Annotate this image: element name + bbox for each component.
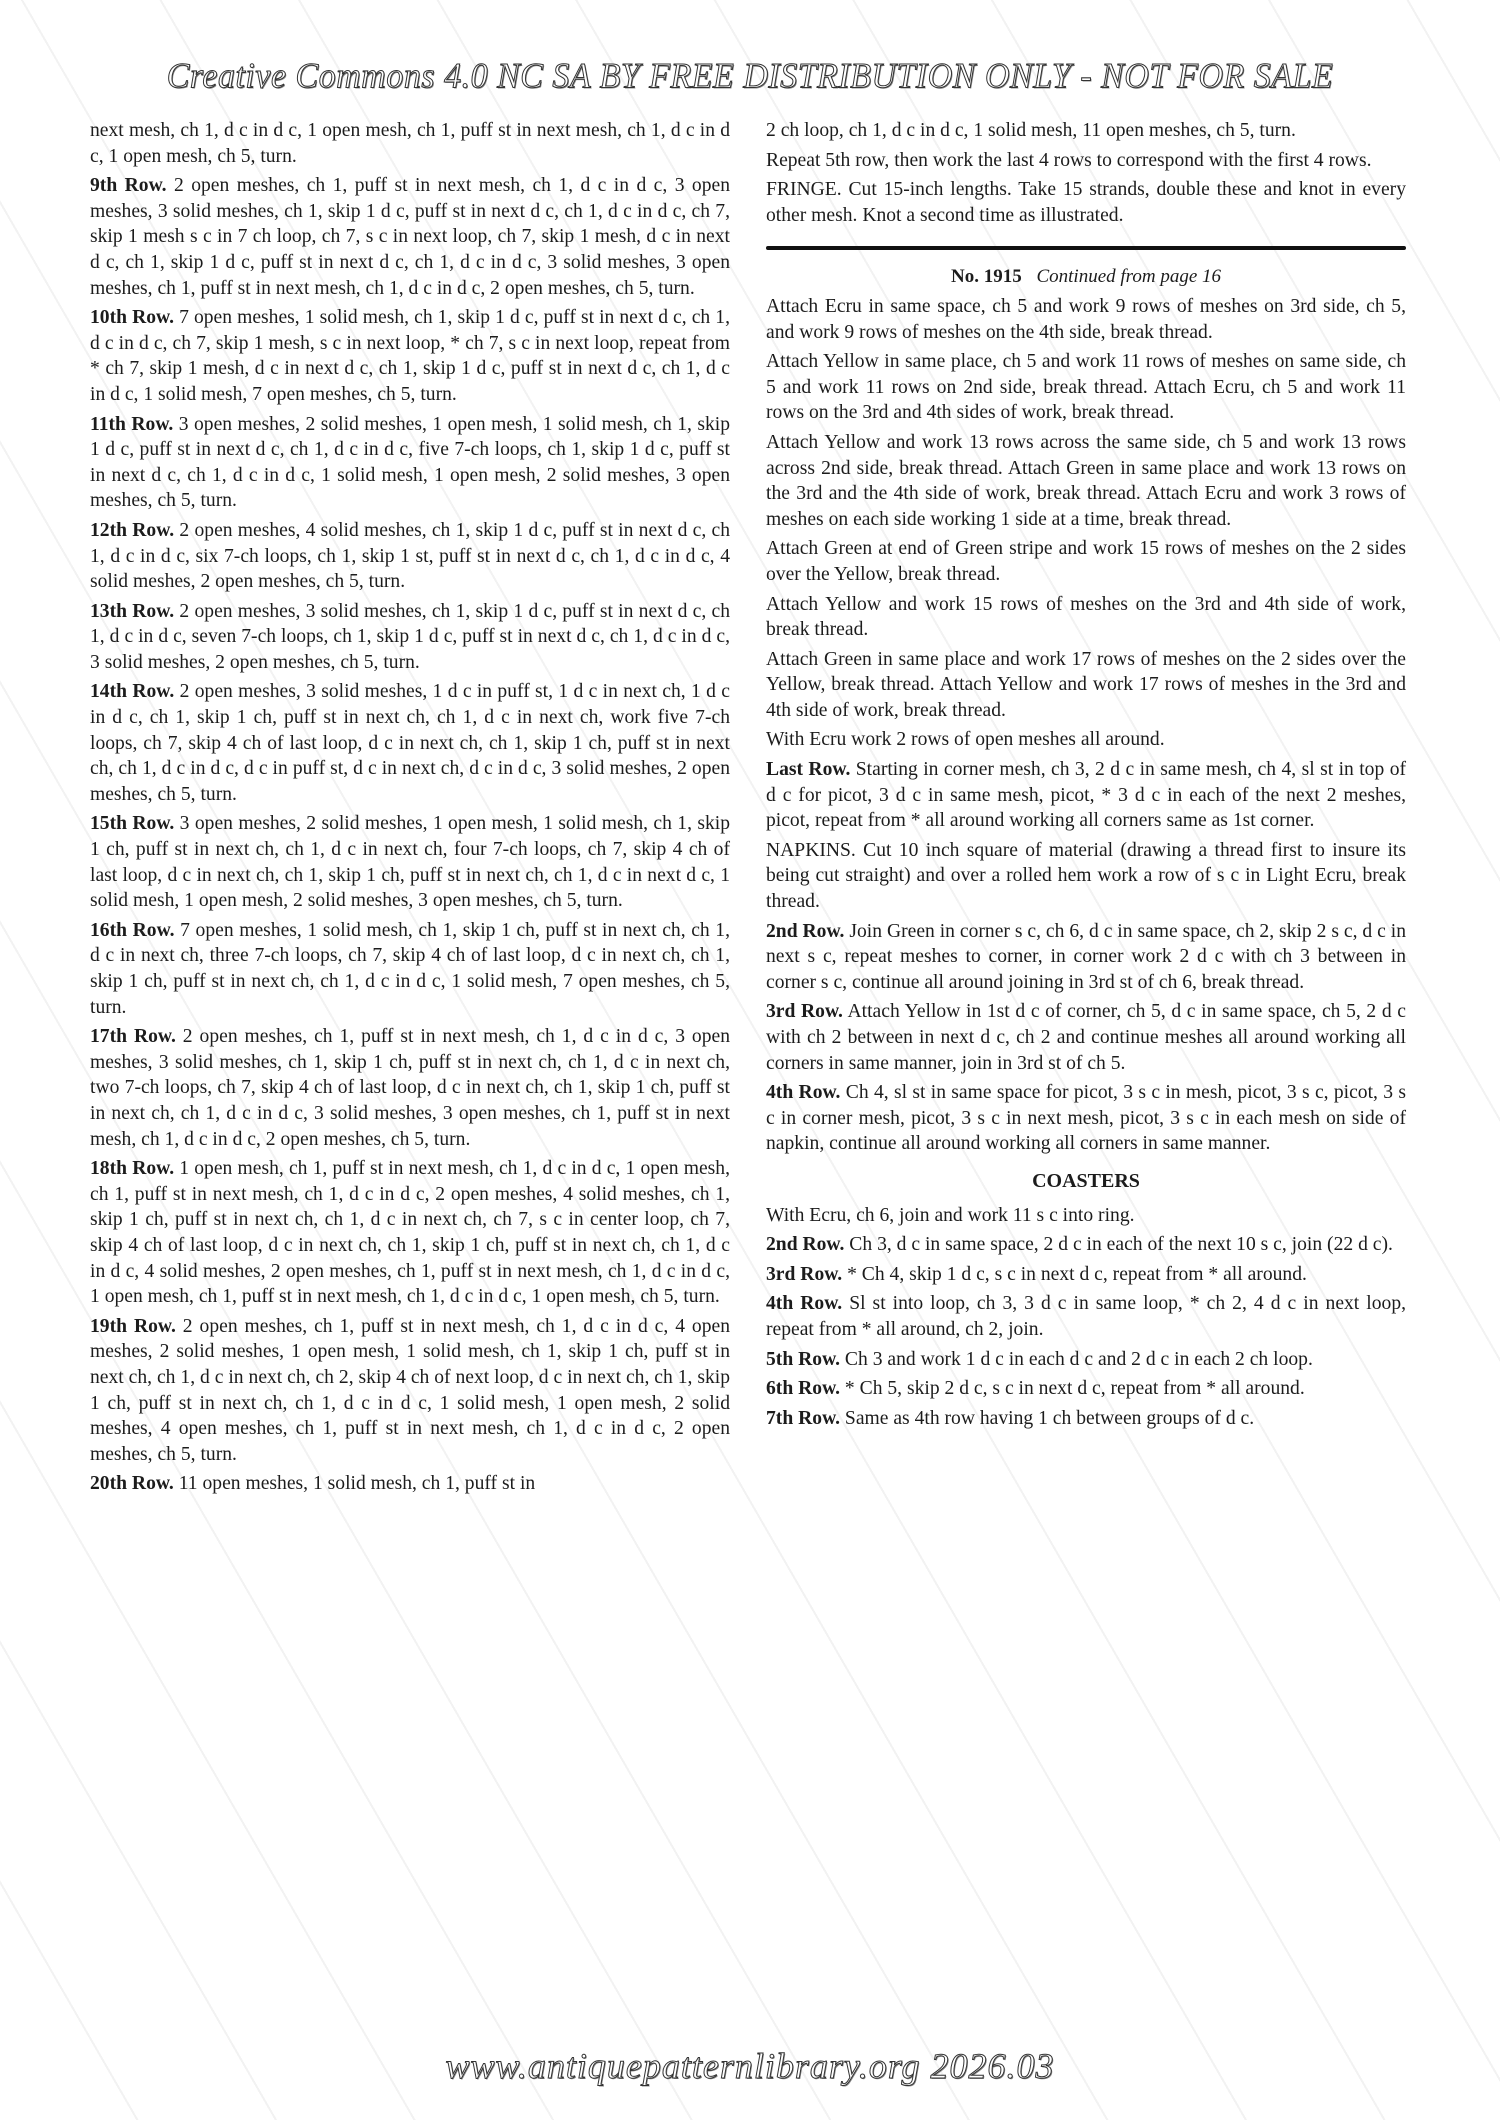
fringe-instructions: FRINGE. Cut 15-inch lengths. Take 15 str… (766, 177, 1406, 228)
row-label: 4th Row. (766, 1082, 840, 1103)
napkins-row-2: 2nd Row. Join Green in corner s c, ch 6,… (766, 919, 1406, 996)
coasters-row-1: With Ecru, ch 6, join and work 11 s c in… (766, 1203, 1406, 1229)
row-label: 4th Row. (766, 1293, 842, 1314)
row-label: 19th Row. (90, 1316, 176, 1337)
row-12-instructions: 12th Row. 2 open meshes, 4 solid meshes,… (90, 518, 730, 595)
green-15-instructions: Attach Green at end of Green stripe and … (766, 536, 1406, 587)
yellow-15-instructions: Attach Yellow and work 15 rows of meshes… (766, 592, 1406, 643)
row-label: 13th Row. (90, 601, 174, 622)
row-label: 12th Row. (90, 520, 174, 541)
section-divider (766, 246, 1406, 250)
row-label: 20th Row. (90, 1473, 174, 1494)
coasters-row-5: 5th Row. Ch 3 and work 1 d c in each d c… (766, 1347, 1406, 1373)
row-label: 14th Row. (90, 681, 174, 702)
yellow-11-instructions: Attach Yellow in same place, ch 5 and wo… (766, 349, 1406, 426)
row-14-instructions: 14th Row. 2 open meshes, 3 solid meshes,… (90, 679, 730, 807)
paragraph-continuation: next mesh, ch 1, d c in d c, 1 open mesh… (90, 118, 730, 169)
row-label: 18th Row. (90, 1158, 174, 1179)
license-banner: Creative Commons 4.0 NC SA BY FREE DISTR… (0, 57, 1500, 97)
coasters-row-3: 3rd Row. * Ch 4, skip 1 d c, s c in next… (766, 1262, 1406, 1288)
row-label: Last Row. (766, 759, 850, 780)
row-label: 16th Row. (90, 920, 175, 941)
row-label: 5th Row. (766, 1349, 840, 1370)
row-11-instructions: 11th Row. 3 open meshes, 2 solid meshes,… (90, 412, 730, 514)
napkins-row-4: 4th Row. Ch 4, sl st in same space for p… (766, 1080, 1406, 1157)
row-10-instructions: 10th Row. 7 open meshes, 1 solid mesh, c… (90, 305, 730, 407)
row-20-instructions: 20th Row. 11 open meshes, 1 solid mesh, … (90, 1471, 730, 1497)
green-17-instructions: Attach Green in same place and work 17 r… (766, 647, 1406, 724)
row-label: 2nd Row. (766, 921, 844, 942)
row-16-instructions: 16th Row. 7 open meshes, 1 solid mesh, c… (90, 918, 730, 1020)
coasters-heading: COASTERS (766, 1169, 1406, 1195)
row-label: 10th Row. (90, 307, 174, 328)
row-label: 17th Row. (90, 1026, 176, 1047)
row-18-instructions: 18th Row. 1 open mesh, ch 1, puff st in … (90, 1156, 730, 1310)
last-row-instructions: Last Row. Starting in corner mesh, ch 3,… (766, 757, 1406, 834)
left-column: next mesh, ch 1, d c in d c, 1 open mesh… (90, 118, 730, 1501)
coasters-row-7: 7th Row. Same as 4th row having 1 ch bet… (766, 1406, 1406, 1432)
ecru-border-instructions: With Ecru work 2 rows of open meshes all… (766, 727, 1406, 753)
right-column: 2 ch loop, ch 1, d c in d c, 1 solid mes… (766, 118, 1406, 1435)
row-label: 9th Row. (90, 175, 167, 196)
row-label: 11th Row. (90, 414, 173, 435)
row-17-instructions: 17th Row. 2 open meshes, ch 1, puff st i… (90, 1024, 730, 1152)
continued-note: Continued from page 16 (1036, 266, 1221, 287)
napkins-instructions: NAPKINS. Cut 10 inch square of material … (766, 838, 1406, 915)
footer-url-stamp: www.antiquepatternlibrary.org 2026.03 (0, 2045, 1500, 2087)
yellow-13-instructions: Attach Yellow and work 13 rows across th… (766, 430, 1406, 532)
coasters-row-2: 2nd Row. Ch 3, d c in same space, 2 d c … (766, 1232, 1406, 1258)
row-label: 3rd Row. (766, 1001, 843, 1022)
repeat-instructions: Repeat 5th row, then work the last 4 row… (766, 148, 1406, 174)
coasters-row-6: 6th Row. * Ch 5, skip 2 d c, s c in next… (766, 1376, 1406, 1402)
row-20-continuation: 2 ch loop, ch 1, d c in d c, 1 solid mes… (766, 118, 1406, 144)
row-label: 3rd Row. (766, 1264, 842, 1285)
napkins-row-3: 3rd Row. Attach Yellow in 1st d c of cor… (766, 999, 1406, 1076)
pattern-number: No. 1915 (951, 266, 1022, 287)
row-label: 7th Row. (766, 1408, 840, 1429)
row-19-instructions: 19th Row. 2 open meshes, ch 1, puff st i… (90, 1314, 730, 1468)
row-label: 2nd Row. (766, 1234, 844, 1255)
row-label: 15th Row. (90, 813, 174, 834)
section-heading: No. 1915 Continued from page 16 (766, 264, 1406, 290)
row-13-instructions: 13th Row. 2 open meshes, 3 solid meshes,… (90, 599, 730, 676)
row-label: 6th Row. (766, 1378, 840, 1399)
ecru-instructions: Attach Ecru in same space, ch 5 and work… (766, 294, 1406, 345)
row-15-instructions: 15th Row. 3 open meshes, 2 solid meshes,… (90, 811, 730, 913)
coasters-row-4: 4th Row. Sl st into loop, ch 3, 3 d c in… (766, 1291, 1406, 1342)
row-9-instructions: 9th Row. 2 open meshes, ch 1, puff st in… (90, 173, 730, 301)
